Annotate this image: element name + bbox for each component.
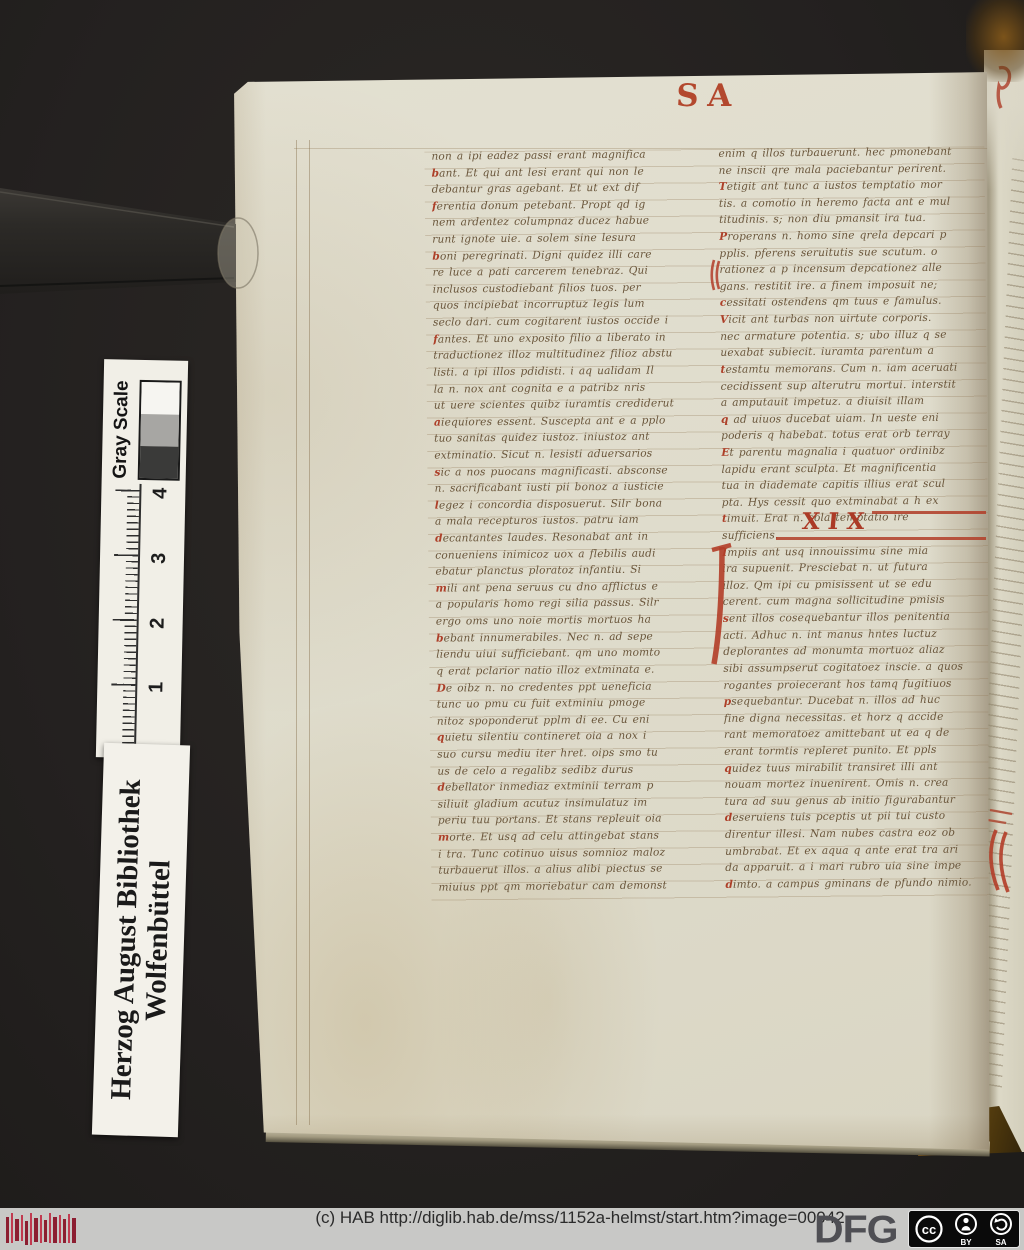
red-initial-i <box>708 542 734 670</box>
red-paragraph-mark <box>710 258 722 292</box>
hab-logo <box>6 1213 78 1247</box>
manuscript-page: SA non a ipi eadez passi erant magnifica… <box>228 70 990 1152</box>
footer-bar: (c) HAB http://diglib.hab.de/mss/1152a-h… <box>0 1208 1024 1250</box>
chapter-rubric-line <box>872 511 986 514</box>
ruler-number: 2 <box>144 610 171 637</box>
clip-tip <box>218 218 258 288</box>
library-label-card: Herzog August Bibliothek Wolfenbüttel <box>92 743 190 1138</box>
cc-license-badge: cc BY SA <box>908 1210 1020 1248</box>
svg-text:SA: SA <box>995 1238 1006 1247</box>
facing-page-shading <box>984 50 1024 1152</box>
ruler-number: 4 <box>147 480 174 507</box>
photo-background: SA non a ipi eadez passi erant magnifica… <box>0 0 1024 1250</box>
ruler-number: 3 <box>146 545 173 572</box>
margin-ruling-line <box>309 140 310 1125</box>
manuscript-line: dimto. a campus gminans de pfundo nimio. <box>725 876 989 895</box>
svg-text:BY: BY <box>960 1238 972 1247</box>
manuscript-line: miuius ppt qm moriebatur cam demonst <box>438 879 720 898</box>
text-block: non a ipi eadez passi erant magnificaban… <box>424 143 993 910</box>
svg-text:cc: cc <box>922 1222 936 1237</box>
text-column-left: non a ipi eadez passi erant magnificaban… <box>431 148 720 903</box>
running-title: SA <box>675 78 807 124</box>
copyright-caption: (c) HAB http://diglib.hab.de/mss/1152a-h… <box>300 1208 860 1250</box>
margin-ruling-line <box>296 140 297 1125</box>
chapter-rubric-line <box>776 537 986 540</box>
binding-shadow <box>966 0 1024 82</box>
chapter-heading-xix: XIX <box>801 508 874 535</box>
facing-page-edge <box>984 50 1024 1152</box>
ruler-number: 1 <box>143 674 170 701</box>
gray-scale-card: Gray Scale 43210 <box>96 359 188 759</box>
dfg-logo: DFG <box>814 1207 914 1249</box>
facing-page-red-flourish <box>986 808 1016 894</box>
book-clip <box>0 182 268 300</box>
ruler-numbers: 43210 <box>96 359 188 759</box>
